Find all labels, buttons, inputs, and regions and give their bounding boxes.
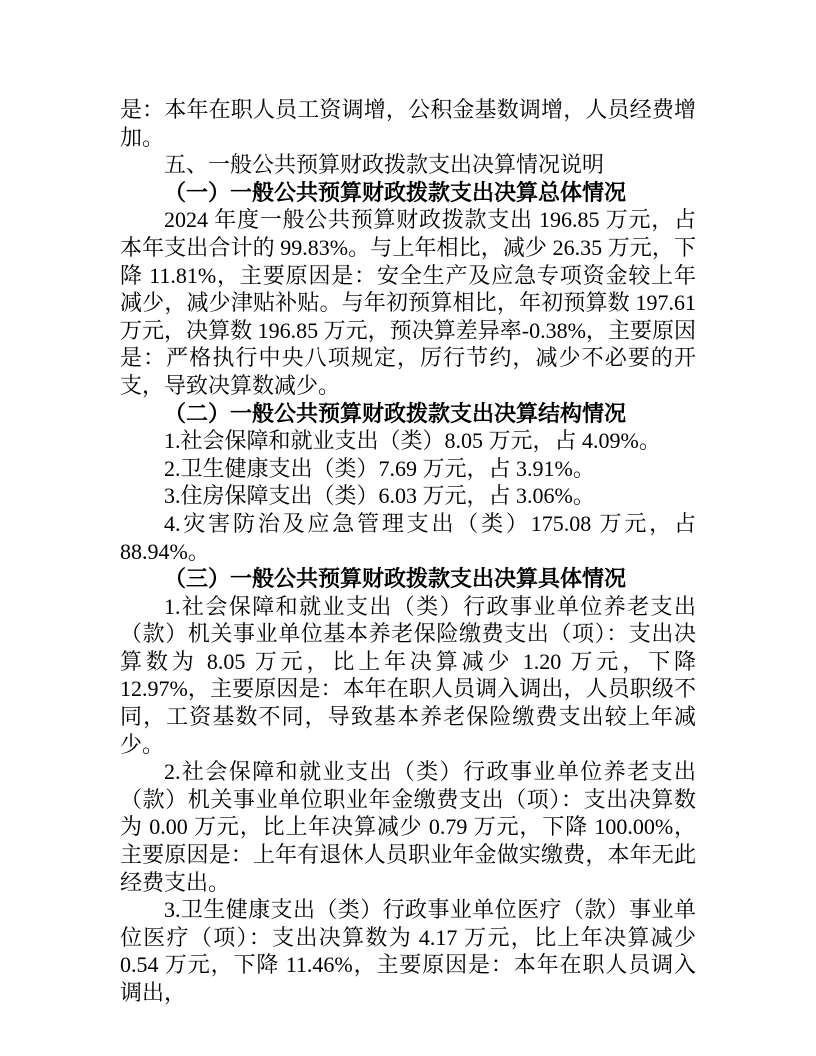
detail-item-2: 2.社会保障和就业支出（类）行政事业单位养老支出（款）机关事业单位职业年金缴费支… xyxy=(120,758,696,896)
structure-item-4: 4.灾害防治及应急管理支出（类）175.08 万元，占 88.94%。 xyxy=(120,510,696,565)
heading-subsection-3: （三）一般公共预算财政拨款支出决算具体情况 xyxy=(120,565,696,593)
heading-subsection-1: （一）一般公共预算财政拨款支出决算总体情况 xyxy=(120,179,696,207)
structure-item-2: 2.卫生健康支出（类）7.69 万元，占 3.91%。 xyxy=(120,455,696,483)
continuation-paragraph: 是：本年在职人员工资调增，公积金基数调增，人员经费增加。 xyxy=(120,96,696,151)
overall-situation-paragraph: 2024 年度一般公共预算财政拨款支出 196.85 万元，占本年支出合计的 9… xyxy=(120,206,696,399)
detail-item-3: 3.卫生健康支出（类）行政事业单位医疗（款）事业单位医疗（项）：支出决算数为 4… xyxy=(120,896,696,1006)
heading-section-5: 五、一般公共预算财政拨款支出决算情况说明 xyxy=(120,151,696,179)
document-page: 是：本年在职人员工资调增，公积金基数调增，人员经费增加。 五、一般公共预算财政拨… xyxy=(120,96,696,1007)
structure-item-1: 1.社会保障和就业支出（类）8.05 万元，占 4.09%。 xyxy=(120,427,696,455)
structure-item-3: 3.住房保障支出（类）6.03 万元，占 3.06%。 xyxy=(120,482,696,510)
heading-subsection-2: （二）一般公共预算财政拨款支出决算结构情况 xyxy=(120,400,696,428)
detail-item-1: 1.社会保障和就业支出（类）行政事业单位养老支出（款）机关事业单位基本养老保险缴… xyxy=(120,593,696,759)
